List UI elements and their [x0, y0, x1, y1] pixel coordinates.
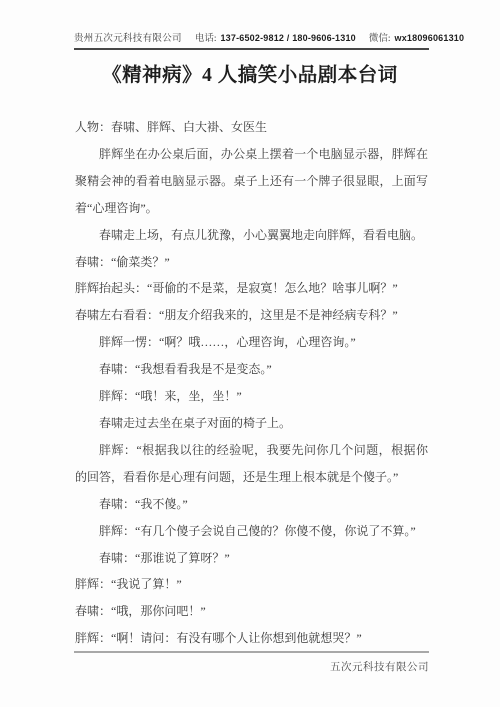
script-paragraph: 春啸：“我不傻。”	[75, 491, 428, 518]
page-header: 贵州五次元科技有限公司 电话: 137-6502-9812 / 180-9606…	[74, 30, 429, 50]
script-paragraph: 春啸：“那谁说了算呀？”	[75, 545, 428, 572]
page-footer: 五次元科技有限公司	[74, 651, 429, 674]
script-paragraphs: 胖辉坐在办公桌后面，办公桌上摆着一个电脑显示器，胖辉在聚精会神的看着电脑显示器。…	[75, 141, 428, 652]
script-paragraph: 春啸走过去坐在桌子对面的椅子上。	[75, 410, 428, 437]
phone-numbers: 137-6502-9812 / 180-9606-1310	[220, 33, 355, 43]
script-paragraph: 春啸：“哦，那你问吧！”	[75, 598, 428, 625]
script-paragraph: 春啸：“偷菜类？”	[75, 249, 428, 276]
phone-label: 电话:	[195, 30, 217, 44]
script-paragraph: 春啸左右看看：“朋友介绍我来的，这里是不是神经病专科？”	[75, 302, 428, 329]
script-paragraph: 胖辉：“我说了算！”	[75, 571, 428, 598]
script-paragraph: 春啸：“我想看看我是不是变态。”	[75, 356, 428, 383]
script-paragraph: 胖辉抬起头：“哥偷的不是菜，是寂寞！怎么地？啥事儿啊？”	[75, 275, 428, 302]
wechat-label: 微信:	[369, 30, 391, 44]
script-paragraph: 春啸走上场，有点儿犹豫，小心翼翼地走向胖辉，看看电脑。	[75, 222, 428, 249]
script-paragraph: 胖辉坐在办公桌后面，办公桌上摆着一个电脑显示器，胖辉在聚精会神的看着电脑显示器。…	[75, 141, 428, 222]
script-paragraph: 胖辉：“哦！来，坐，坐！”	[75, 383, 428, 410]
page-title: 《精神病》4 人搞笑小品剧本台词	[0, 61, 500, 91]
wechat-id: wx18096061310	[395, 33, 465, 43]
script-paragraph: 胖辉：“根据我以往的经验呢，我要先问你几个问题，根据你的回答，看看你是心理有问题…	[75, 437, 428, 491]
script-paragraph: 胖辉：“啊！请问：有没有哪个人让你想到他就想哭？”	[75, 625, 428, 652]
script-paragraph: 胖辉一愣：“啊？哦……，心理咨询，心理咨询。”	[75, 329, 428, 356]
characters-line: 人物：春啸、胖辉、白大褂、女医生	[75, 114, 428, 141]
script-body: 人物：春啸、胖辉、白大褂、女医生 胖辉坐在办公桌后面，办公桌上摆着一个电脑显示器…	[75, 114, 428, 652]
footer-company-name: 五次元科技有限公司	[330, 662, 429, 673]
header-company-name: 贵州五次元科技有限公司	[74, 30, 182, 44]
document-page: 贵州五次元科技有限公司 电话: 137-6502-9812 / 180-9606…	[0, 0, 500, 707]
script-paragraph: 胖辉：“有几个傻子会说自己傻的？你傻不傻，你说了不算。”	[75, 518, 428, 545]
